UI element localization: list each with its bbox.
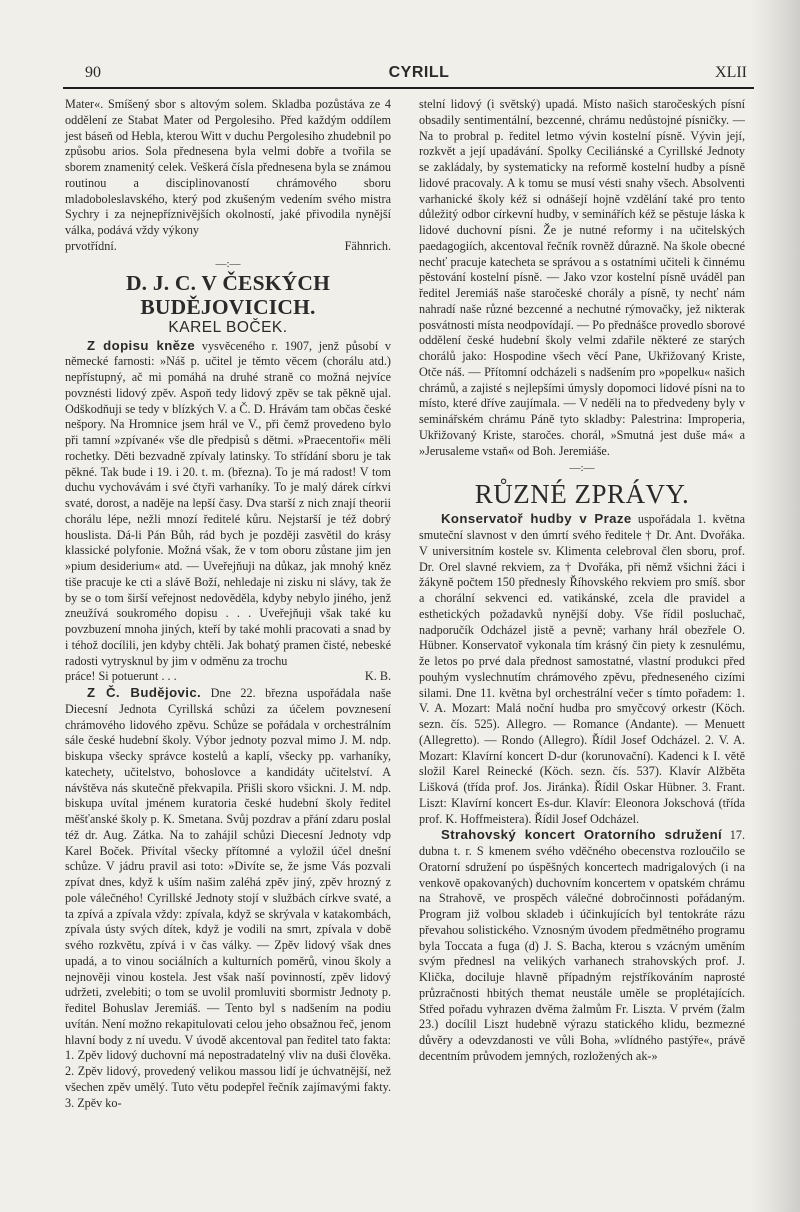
strahov-text: 17. dubna t. r. S kmenem svého vděčného … [419,828,745,1063]
strahov-paragraph: Strahovský koncert Oratorního sdružení 1… [419,827,745,1064]
header-rule [63,87,754,89]
letter-signature-line: práce! Si potuerunt . . . K. B. [65,669,391,685]
intro-last-line: prvotřídní. [65,239,117,255]
konservator-lead: Konservatoř hudby v Praze [441,511,632,526]
budejovice-paragraph: Z Č. Budějovic. Dne 22. března uspořádal… [65,685,391,1111]
letter-last-line: práce! Si potuerunt . . . [65,669,177,685]
section-separator: —:— [419,461,745,475]
intro-signature: Fähnrich. [345,239,391,255]
intro-paragraph: Mater«. Smíšený sbor s altovým solem. Sk… [65,97,391,239]
strahov-lead: Strahovský koncert Oratorního sdružení [441,827,722,842]
letter-paragraph: Z dopisu kněze vysvěceného r. 1907, jenž… [65,338,391,670]
section-author: KAREL BOČEK. [65,319,391,337]
running-title: CYRILL [85,64,753,82]
konservator-text: uspořádala 1. května smuteční slavnost v… [419,512,745,825]
section-separator: —:— [65,257,391,271]
budejovice-text: Dne 22. března uspořádala naše Diecesní … [65,686,391,1110]
left-column: Mater«. Smíšený sbor s altovým solem. Sk… [65,97,391,1111]
letter-signature: K. B. [365,669,391,685]
intro-signature-line: prvotřídní. Fähnrich. [65,239,391,255]
section-title: RŮZNÉ ZPRÁVY. [419,479,745,509]
continuation-paragraph: stelní lidový (i světský) upadá. Místo n… [419,97,745,459]
letter-text: vysvěceného r. 1907, jenž působí v němec… [65,339,391,668]
letter-lead: Z dopisu kněze [87,338,195,353]
page-header: 90 CYRILL XLII [85,64,753,86]
right-column: stelní lidový (i světský) upadá. Místo n… [419,97,745,1065]
konservator-paragraph: Konservatoř hudby v Praze uspořádala 1. … [419,511,745,827]
section-title: D. J. C. V ČESKÝCH BUDĚJOVICICH. [65,271,391,319]
page-gutter-shadow [750,0,800,1212]
volume-number: XLII [715,64,747,82]
budejovice-lead: Z Č. Budějovic. [87,685,201,700]
